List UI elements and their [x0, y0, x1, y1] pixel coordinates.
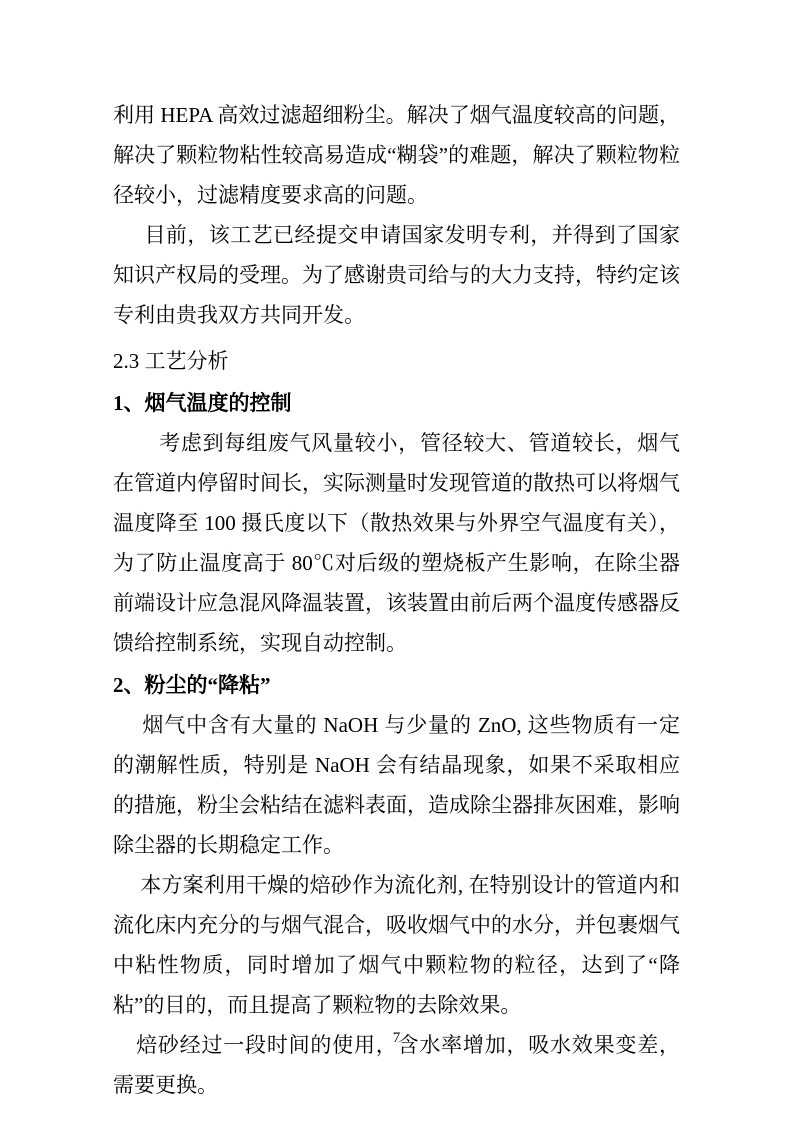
paragraph: 烟气中含有大量的 NaOH 与少量的 ZnO, 这些物质有一定的潮解性质，特别是… [113, 705, 680, 865]
heading: 2、粉尘的“降粘” [113, 665, 680, 705]
document-body: 利用 HEPA 高效过滤超细粉尘。解决了烟气温度较高的问题，解决了颗粒物粘性较高… [113, 95, 680, 1105]
heading: 1、烟气温度的控制 [113, 383, 680, 423]
heading: 2.3 工艺分析 [113, 341, 680, 381]
paragraph: 利用 HEPA 高效过滤超细粉尘。解决了烟气温度较高的问题，解决了颗粒物粘性较高… [113, 95, 680, 215]
document-page: 利用 HEPA 高效过滤超细粉尘。解决了烟气温度较高的问题，解决了颗粒物粘性较高… [0, 0, 793, 1122]
paragraph: 目前，该工艺已经提交申请国家发明专利，并得到了国家知识产权局的受理。为了感谢贵司… [113, 215, 680, 335]
paragraph: 考虑到每组废气风量较小，管径较大、管道较长，烟气在管道内停留时间长，实际测量时发… [113, 423, 680, 663]
page-number: 7 [0, 1029, 793, 1047]
paragraph: 本方案利用干燥的焙砂作为流化剂, 在特别设计的管道内和流化床内充分的与烟气混合，… [113, 865, 680, 1025]
